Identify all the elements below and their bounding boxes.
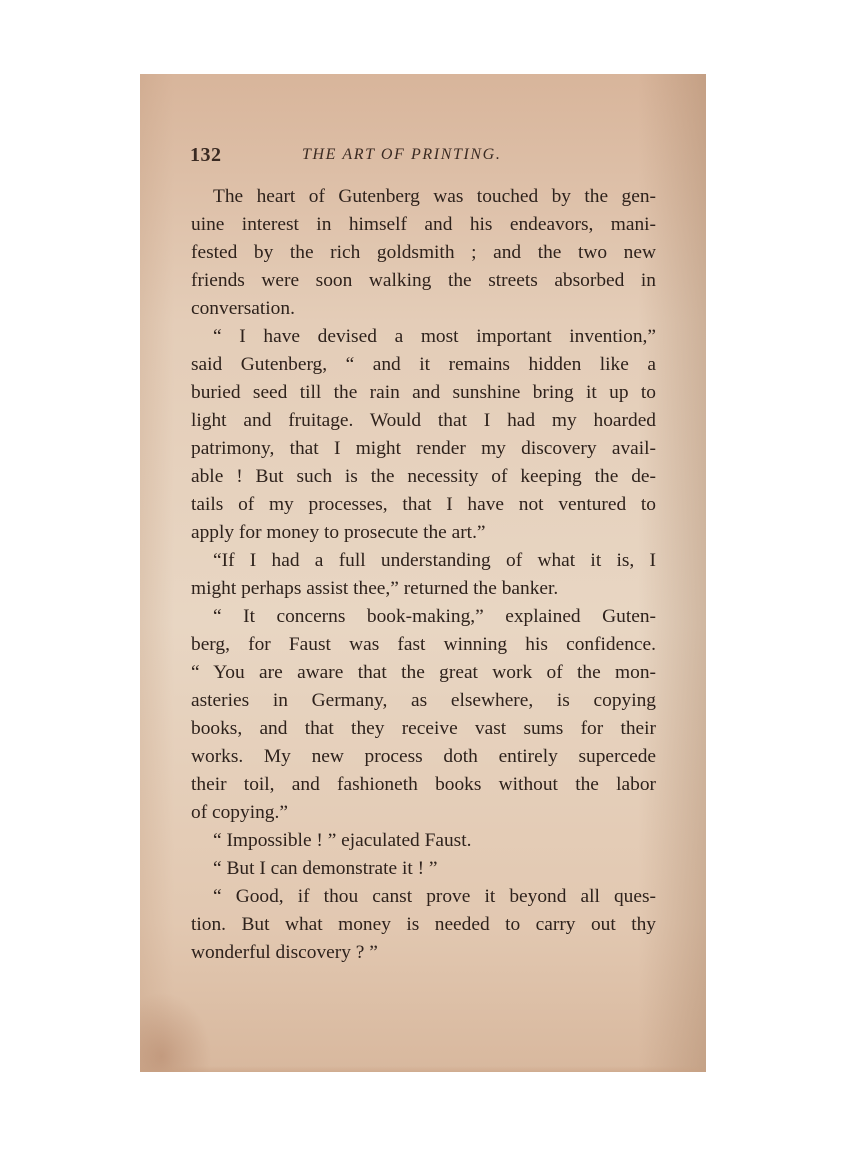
scan-thumb-shadow bbox=[140, 992, 212, 1072]
text-line: wonderful discovery ? ” bbox=[191, 939, 656, 967]
book-page: 132 THE ART OF PRINTING. The heart of Gu… bbox=[140, 74, 706, 1072]
text-line: works. My new process doth entirely supe… bbox=[191, 743, 656, 771]
text-line: conversation. bbox=[191, 295, 656, 323]
running-head: 132 THE ART OF PRINTING. bbox=[190, 144, 660, 168]
running-title: THE ART OF PRINTING. bbox=[302, 146, 501, 164]
text-line: friends were soon walking the streets ab… bbox=[191, 267, 656, 295]
text-line: uine interest in himself and his endeavo… bbox=[191, 211, 656, 239]
paragraph: “ I have devised a most important invent… bbox=[191, 323, 656, 547]
text-line: apply for money to prosecute the art.” bbox=[191, 519, 656, 547]
text-line: “If I had a full understanding of what i… bbox=[191, 547, 656, 575]
body-text: The heart of Gutenberg was touched by th… bbox=[191, 183, 656, 967]
text-line: able ! But such is the necessity of keep… bbox=[191, 463, 656, 491]
text-line: books, and that they receive vast sums f… bbox=[191, 715, 656, 743]
text-line: light and fruitage. Would that I had my … bbox=[191, 407, 656, 435]
text-line: The heart of Gutenberg was touched by th… bbox=[191, 183, 656, 211]
paragraph: “ But I can demonstrate it ! ” bbox=[191, 855, 656, 883]
text-line: buried seed till the rain and sunshine b… bbox=[191, 379, 656, 407]
paragraph: “ It concerns book-making,” explained Gu… bbox=[191, 603, 656, 827]
paragraph: The heart of Gutenberg was touched by th… bbox=[191, 183, 656, 323]
text-line: “ Good, if thou canst prove it beyond al… bbox=[191, 883, 656, 911]
text-line: asteries in Germany, as elsewhere, is co… bbox=[191, 687, 656, 715]
text-line: tails of my processes, that I have not v… bbox=[191, 491, 656, 519]
text-line: of copying.” bbox=[191, 799, 656, 827]
text-line: tion. But what money is needed to carry … bbox=[191, 911, 656, 939]
text-line: berg, for Faust was fast winning his con… bbox=[191, 631, 656, 659]
paragraph: “ Good, if thou canst prove it beyond al… bbox=[191, 883, 656, 967]
text-line: “ It concerns book-making,” explained Gu… bbox=[191, 603, 656, 631]
page-bottom-edge bbox=[140, 1066, 706, 1072]
paragraph: “ Impossible ! ” ejaculated Faust. bbox=[191, 827, 656, 855]
text-line: might perhaps assist thee,” returned the… bbox=[191, 575, 656, 603]
text-line: “ I have devised a most important invent… bbox=[191, 323, 656, 351]
text-line: “ You are aware that the great work of t… bbox=[191, 659, 656, 687]
text-line: said Gutenberg, “ and it remains hidden … bbox=[191, 351, 656, 379]
text-line: “ Impossible ! ” ejaculated Faust. bbox=[191, 827, 656, 855]
text-line: patrimony, that I might render my discov… bbox=[191, 435, 656, 463]
text-line: “ But I can demonstrate it ! ” bbox=[191, 855, 656, 883]
text-line: their toil, and fashioneth books without… bbox=[191, 771, 656, 799]
page-number: 132 bbox=[190, 144, 222, 167]
paragraph: “If I had a full understanding of what i… bbox=[191, 547, 656, 603]
text-line: fested by the rich goldsmith ; and the t… bbox=[191, 239, 656, 267]
